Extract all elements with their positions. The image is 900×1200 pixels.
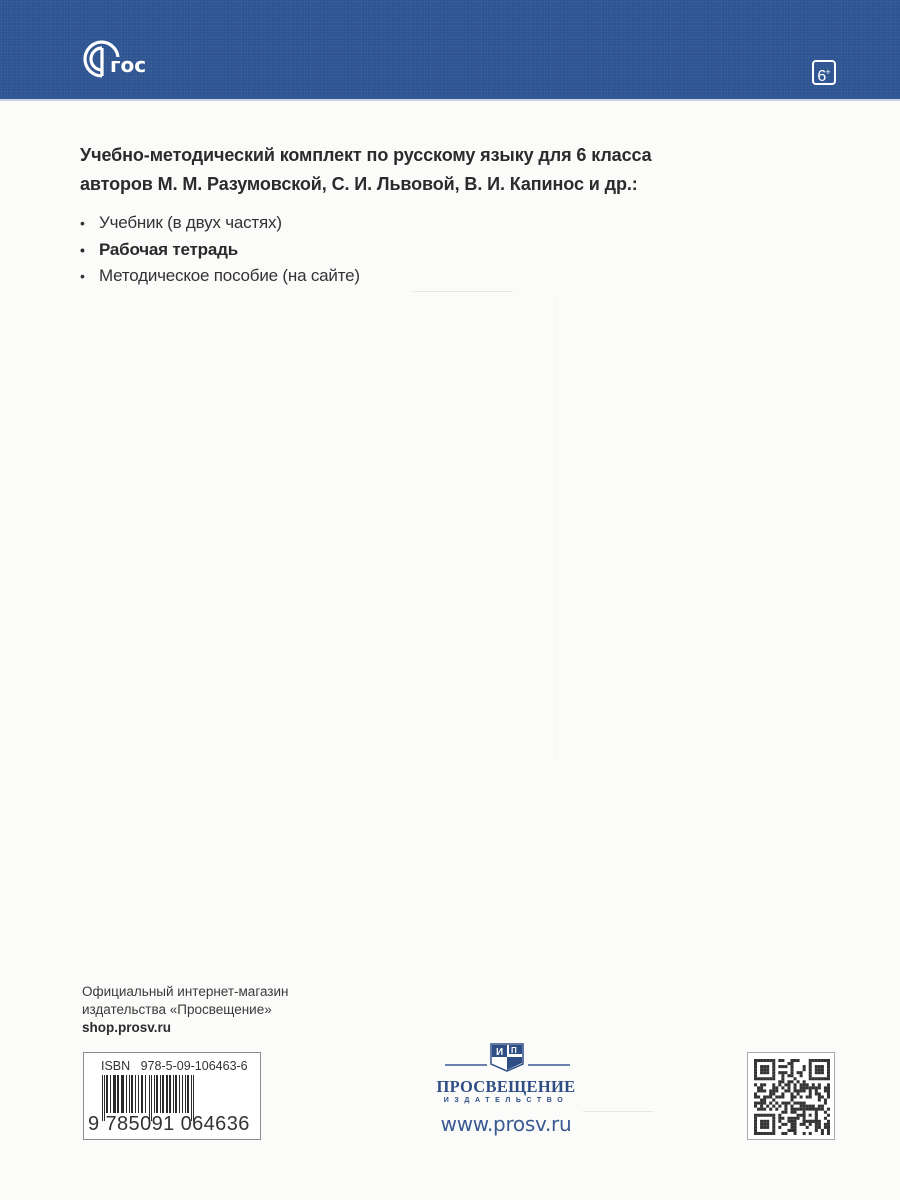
- isbn-barcode-box: ISBN 978-5-09-106463-6 9 785091 064636: [83, 1052, 261, 1140]
- kit-title: Учебно-методический комплект по русскому…: [80, 141, 780, 199]
- list-item-workbook: •Рабочая тетрадь: [80, 237, 360, 264]
- list-item-label: Рабочая тетрадь: [99, 240, 238, 259]
- fgos-logo-text: гос: [110, 53, 146, 77]
- bullet-icon: •: [80, 210, 99, 237]
- publisher-subtitle: ИЗДАТЕЛЬСТВО: [430, 1097, 582, 1104]
- svg-text:П: П: [511, 1046, 517, 1055]
- kit-title-line-2: авторов М. М. Разумовской, С. И. Львовой…: [80, 170, 780, 199]
- list-item-textbook: •Учебник (в двух частях): [80, 210, 360, 237]
- print-artifact-line: [413, 291, 513, 292]
- age-rating-badge: 6+: [812, 60, 836, 85]
- list-item-label: Учебник (в двух частях): [99, 213, 282, 232]
- isbn-label: ISBN 978-5-09-106463-6: [101, 1059, 248, 1073]
- print-artifact-line: [583, 1111, 653, 1112]
- online-shop-info: Официальный интернет-магазин издательств…: [82, 983, 289, 1037]
- kit-components-list: •Учебник (в двух частях) •Рабочая тетрад…: [80, 210, 360, 290]
- publisher-name: ПРОСВЕЩЕНИЕ: [430, 1077, 582, 1097]
- fgos-logo-icon: гос: [80, 38, 160, 80]
- svg-text:И: И: [496, 1047, 503, 1058]
- age-rating-plus: +: [825, 67, 830, 77]
- isbn-number: 978-5-09-106463-6: [141, 1059, 248, 1073]
- shop-line-2: издательства «Просвещение»: [82, 1001, 289, 1019]
- list-item-teacher-guide: •Методическое пособие (на сайте): [80, 263, 360, 290]
- header-band: гос 6+: [0, 0, 900, 99]
- qr-code-box[interactable]: [747, 1052, 835, 1140]
- kit-title-line-1: Учебно-методический комплект по русскому…: [80, 141, 780, 170]
- qr-code-icon: [754, 1059, 830, 1135]
- print-artifact-line: [556, 300, 557, 760]
- list-item-label: Методическое пособие (на сайте): [99, 266, 360, 285]
- bullet-icon: •: [80, 263, 99, 290]
- shop-line-1: Официальный интернет-магазин: [82, 983, 289, 1001]
- bullet-icon: •: [80, 237, 99, 264]
- publisher-url-link[interactable]: www.prosv.ru: [428, 1112, 584, 1136]
- barcode-digits: 9 785091 064636: [88, 1113, 250, 1136]
- shop-url-link[interactable]: shop.prosv.ru: [82, 1019, 289, 1037]
